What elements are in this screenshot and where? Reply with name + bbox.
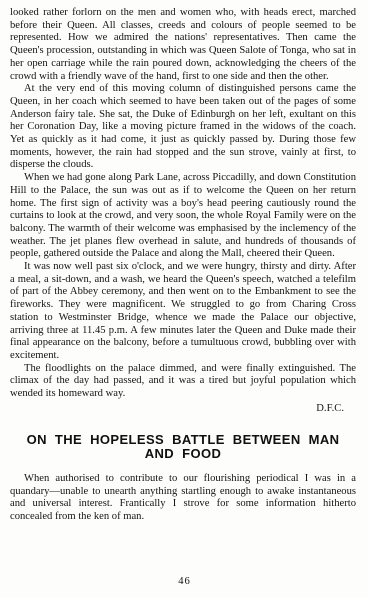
article-man-and-food: When authorised to contribute to our flo… [10, 473, 356, 524]
paragraph: When we had gone along Park Lane, across… [10, 172, 356, 261]
article-heading: ON THE HOPELESS BATTLE BETWEEN MAN AND F… [10, 433, 356, 462]
paragraph: When authorised to contribute to our flo… [10, 473, 356, 524]
paragraph-continuation: looked rather forlorn on the men and wom… [10, 7, 356, 83]
article-coronation-account: looked rather forlorn on the men and wom… [10, 7, 356, 416]
book-page: looked rather forlorn on the men and wom… [0, 0, 369, 598]
paragraph: It was now well past six o'clock, and we… [10, 261, 356, 363]
author-initials: D.F.C. [10, 402, 356, 416]
page-number: 46 [0, 576, 369, 589]
paragraph: At the very end of this moving column of… [10, 83, 356, 172]
paragraph: The floodlights on the palace dimmed, an… [10, 363, 356, 401]
